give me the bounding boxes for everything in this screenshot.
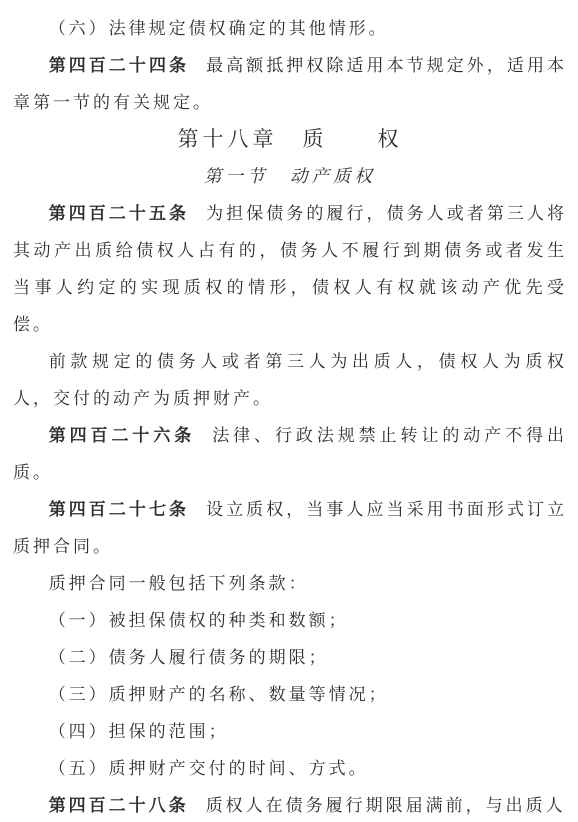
article-number: 第四百二十七条 — [49, 500, 206, 519]
paragraph: （六）法律规定债权确定的其他情形。 — [13, 10, 567, 47]
paragraph-text: 前款规定的债务人或者第三人为出质人，债权人为质权人，交付的动产为质押财产。 — [13, 352, 567, 408]
paragraph: （四）担保的范围； — [13, 713, 567, 750]
section-heading: 第一节 动产质权 — [13, 158, 567, 195]
article-number: 第四百二十八条 — [49, 796, 206, 815]
paragraph-text: （二）债务人履行债务的期限； — [49, 648, 329, 667]
article-paragraph: 第四百二十五条为担保债务的履行，债务人或者第三人将其动产出质给债权人占有的，债务… — [13, 195, 567, 343]
paragraph: （二）债务人履行债务的期限； — [13, 639, 567, 676]
paragraph-text: （一）被担保债权的种类和数额； — [49, 611, 349, 630]
paragraph-text: （四）担保的范围； — [49, 722, 229, 741]
article-number: 第四百二十六条 — [49, 426, 213, 445]
chapter-heading: 第十八章 质 权 — [13, 121, 567, 158]
paragraph-text: （三）质押财产的名称、数量等情况； — [49, 685, 389, 704]
paragraph: （五）质押财产交付的时间、方式。 — [13, 750, 567, 787]
paragraph: 质押合同一般包括下列条款： — [13, 565, 567, 602]
paragraph-text: 质权人在债务履行期限届满前，与出质人 — [206, 796, 566, 815]
paragraph-text: 第十八章 质 权 — [178, 127, 403, 151]
paragraph-text: （五）质押财产交付的时间、方式。 — [49, 759, 369, 778]
article-paragraph: 第四百二十七条设立质权，当事人应当采用书面形式订立质押合同。 — [13, 491, 567, 565]
paragraph-text: 为担保债务的履行，债务人或者第三人将其动产出质给债权人占有的，债务人不履行到期债… — [13, 204, 567, 334]
article-number: 第四百二十四条 — [49, 56, 206, 75]
paragraph-text: 第一节 动产质权 — [204, 166, 376, 186]
paragraph: （三）质押财产的名称、数量等情况； — [13, 676, 567, 713]
article-paragraph: 第四百二十八条质权人在债务履行期限届满前，与出质人 — [13, 787, 567, 822]
article-number: 第四百二十五条 — [49, 204, 206, 223]
paragraph: 前款规定的债务人或者第三人为出质人，债权人为质权人，交付的动产为质押财产。 — [13, 343, 567, 417]
paragraph-text: （六）法律规定债权确定的其他情形。 — [49, 19, 389, 38]
article-paragraph: 第四百二十四条最高额抵押权除适用本节规定外，适用本章第一节的有关规定。 — [13, 47, 567, 121]
paragraph-text: 质押合同一般包括下列条款： — [49, 574, 309, 593]
article-paragraph: 第四百二十六条法律、行政法规禁止转让的动产不得出质。 — [13, 417, 567, 491]
document-page: （六）法律规定债权确定的其他情形。第四百二十四条最高额抵押权除适用本节规定外，适… — [0, 0, 578, 822]
paragraph: （一）被担保债权的种类和数额； — [13, 602, 567, 639]
